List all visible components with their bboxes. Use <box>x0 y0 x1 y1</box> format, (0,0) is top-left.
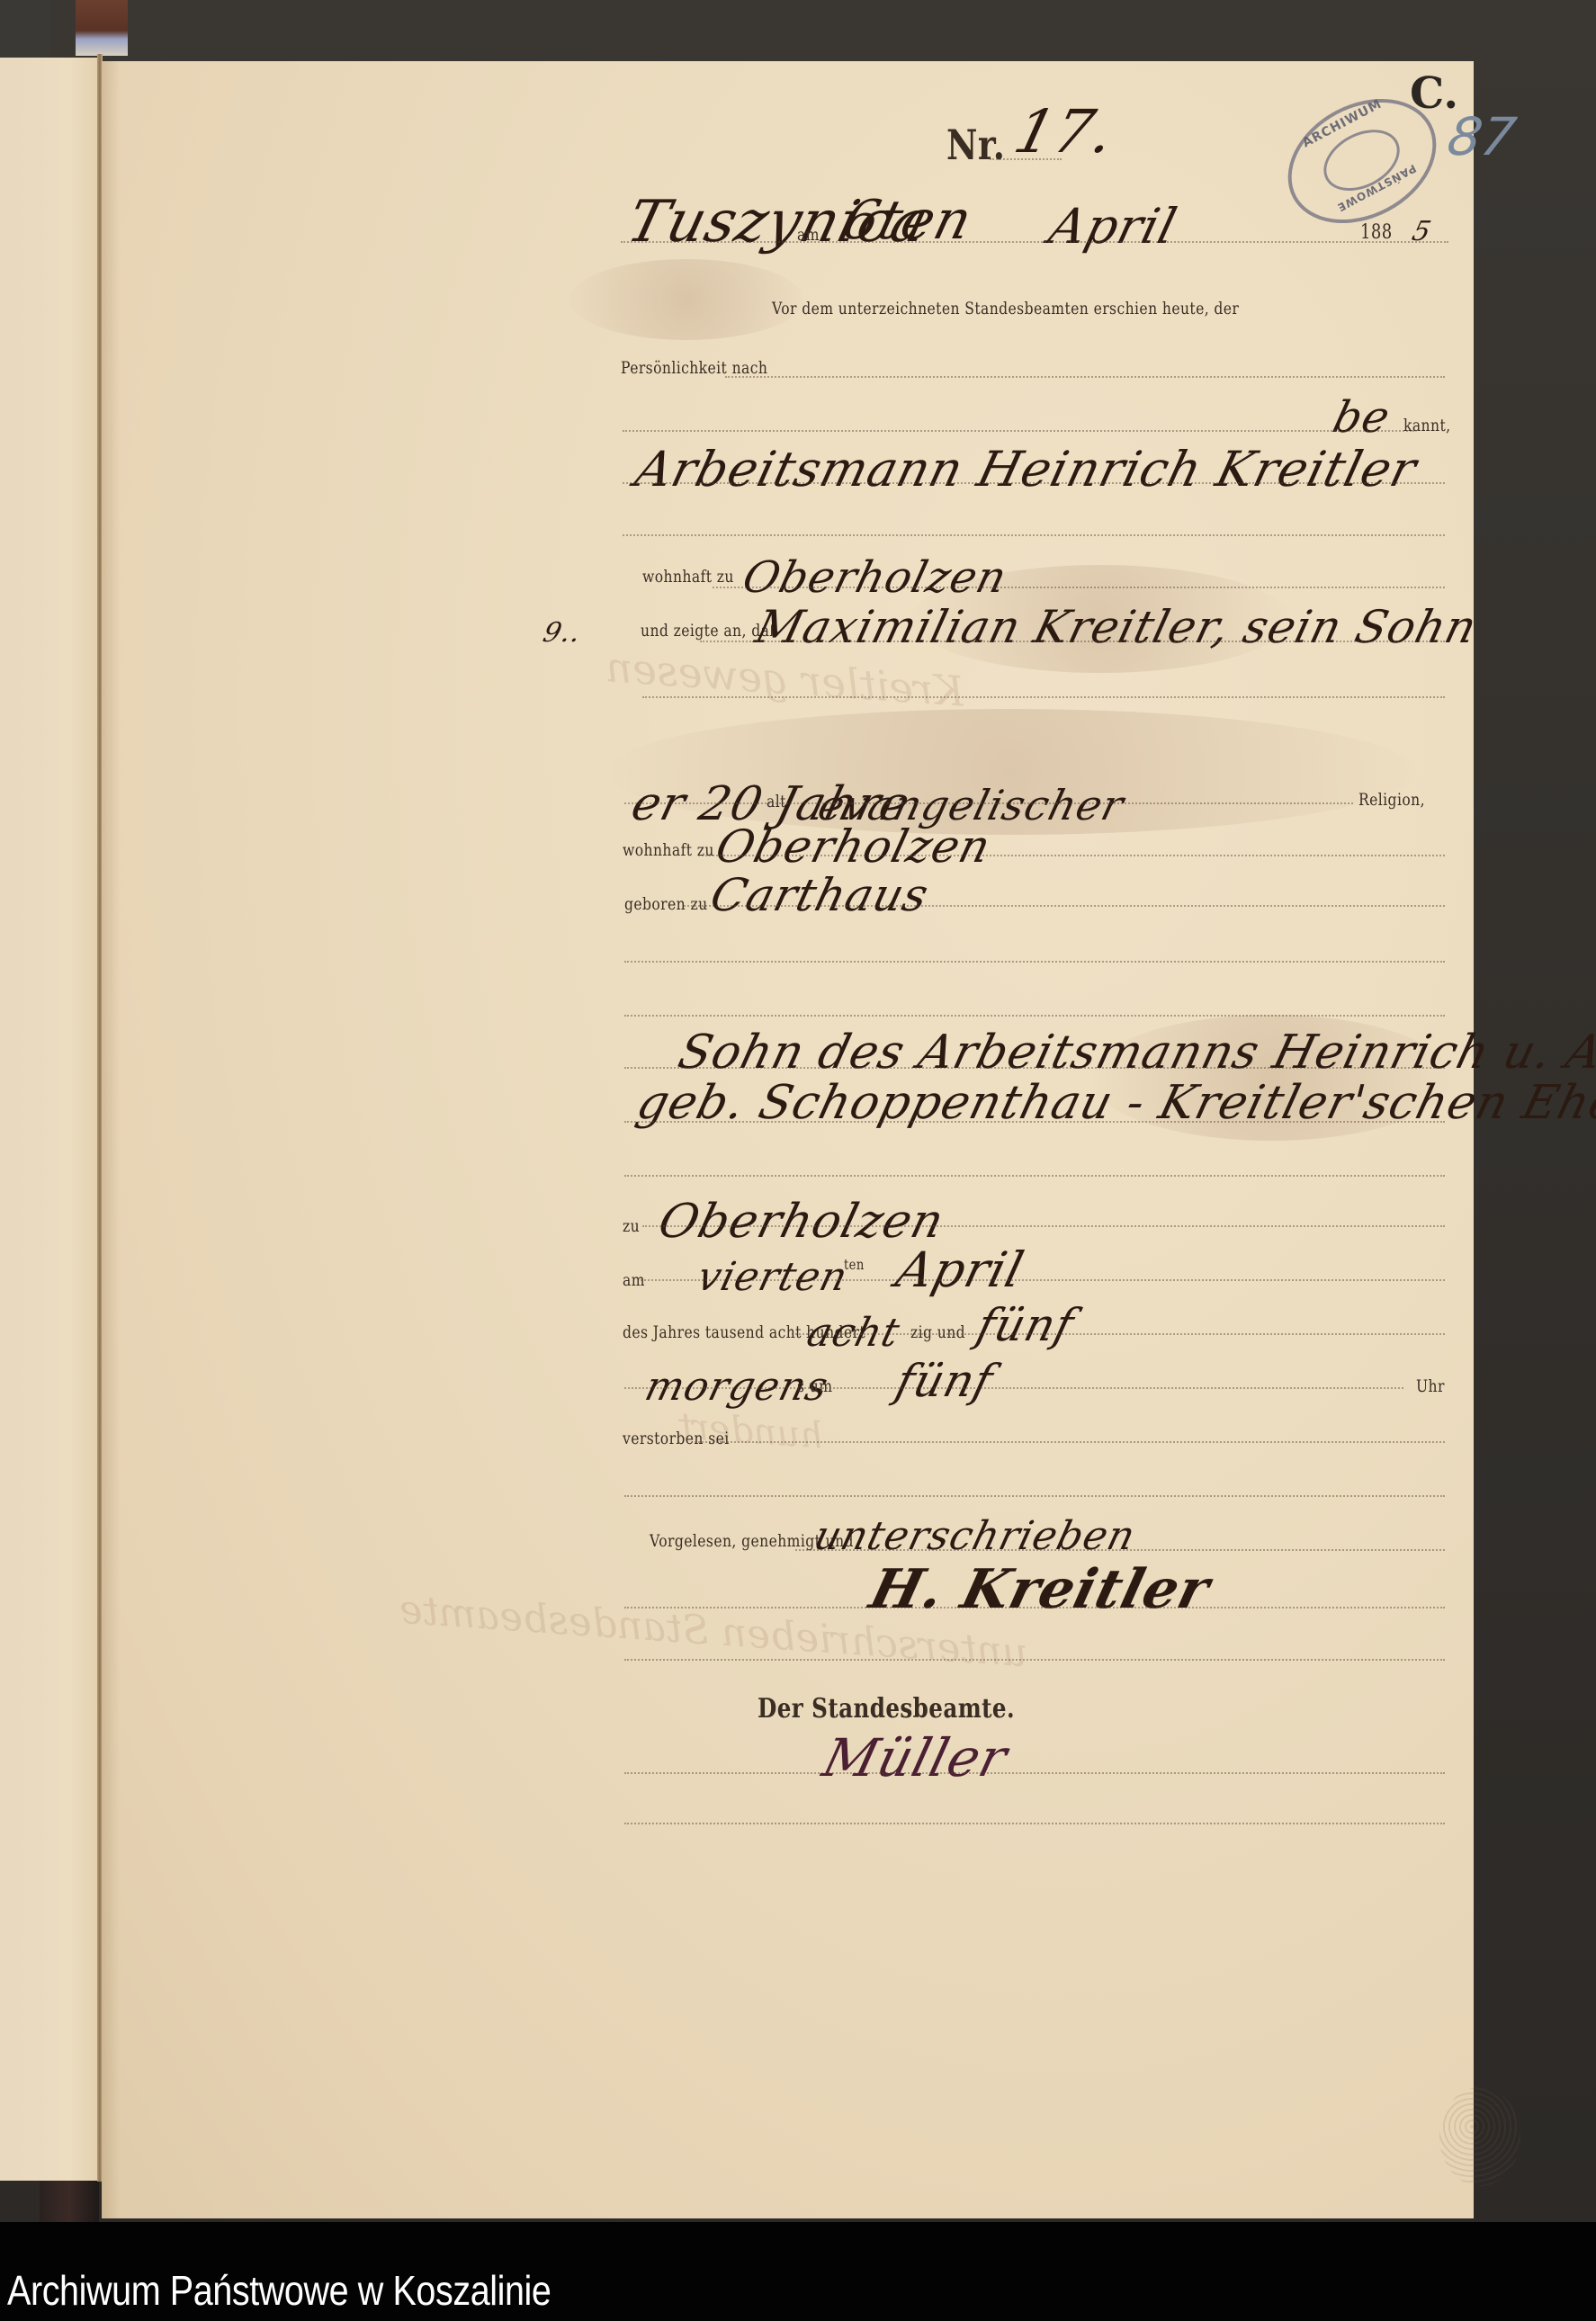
death-place-label: zu <box>623 1216 640 1236</box>
um-label: s um <box>797 1376 832 1396</box>
dotted-line <box>624 1121 1445 1123</box>
dotted-line <box>713 587 1445 588</box>
record-number: 17. <box>1008 97 1122 166</box>
ink-stain <box>569 259 803 340</box>
residence-value: Oberholzen <box>738 552 1012 603</box>
year-units-value: fünf <box>972 1299 1080 1351</box>
dotted-line <box>624 1659 1445 1661</box>
dotted-line <box>624 1015 1445 1017</box>
dotted-line <box>642 1225 1445 1227</box>
dotted-line <box>695 1441 1445 1443</box>
informant-signature: H. Kreitler <box>864 1558 1216 1621</box>
dotted-line <box>698 855 1445 856</box>
intro-line: Vor dem unterzeichneten Standesbeamten e… <box>772 299 1239 318</box>
dotted-line <box>624 1067 1445 1069</box>
birthplace-value: Carthaus <box>705 869 934 921</box>
religion-label: Religion, <box>1358 790 1425 810</box>
margin-note: 9.. <box>540 617 585 649</box>
registrar-signature: Müller <box>817 1727 1014 1788</box>
deceased-name: Maximilian Kreitler, sein Sohn <box>750 601 1483 653</box>
known-label: kannt, <box>1403 416 1450 435</box>
death-month-value: April <box>891 1241 1030 1298</box>
signed-value: unterschrieben <box>810 1513 1140 1559</box>
dotted-line <box>623 430 1414 432</box>
book-spine <box>0 0 50 63</box>
binding-thread <box>76 0 128 56</box>
birthplace-label: geboren zu <box>624 894 708 914</box>
dotted-line <box>624 1495 1445 1497</box>
dotted-line <box>795 1549 1445 1551</box>
document-page: unterschrieben Standesbeamte Kreitler ge… <box>102 61 1474 2218</box>
dotted-line <box>684 905 1445 907</box>
dotted-line <box>725 376 1445 378</box>
uhr-label: Uhr <box>1416 1376 1445 1396</box>
informant-name: Arbeitsmann Heinrich Kreitler <box>630 441 1422 497</box>
dotted-line <box>624 1823 1445 1824</box>
dotted-line <box>792 1333 1445 1335</box>
dotted-line <box>624 1175 1445 1177</box>
dotted-line <box>624 961 1445 963</box>
death-place-value: Oberholzen <box>653 1195 950 1249</box>
dotted-line <box>623 534 1445 536</box>
gutter-shadow <box>102 61 120 2218</box>
residence-label: wohnhaft zu <box>642 567 734 587</box>
book-spine-bottom <box>40 2180 99 2222</box>
died-label: verstorben sei <box>623 1429 730 1448</box>
previous-page-edge <box>0 58 101 2181</box>
dotted-line <box>624 1772 1445 1774</box>
fingerprint-smudge <box>1439 2087 1520 2186</box>
identity-label: Persönlichkeit nach <box>621 358 767 378</box>
dotted-line <box>642 696 1445 698</box>
bleed-through-text: Kreitler gewesen <box>605 642 966 716</box>
zig-und-label: zig und <box>910 1322 965 1342</box>
date-month: April <box>1044 198 1183 255</box>
dotted-line <box>624 1607 1445 1609</box>
dotted-line <box>990 158 1062 160</box>
ten-label: ten <box>844 1256 865 1273</box>
hour-value: fünf <box>891 1355 999 1407</box>
death-day-value: vierten <box>693 1254 853 1300</box>
dotted-line <box>641 1279 1445 1281</box>
archive-label: Archiwum Państwowe w Koszalinie <box>7 2266 551 2315</box>
dotted-line <box>624 1387 1403 1389</box>
dotted-line <box>624 802 1353 804</box>
dotted-line <box>621 241 1448 243</box>
parents-line-1: Sohn des Arbeitsmanns Heinrich u. Adelin… <box>673 1026 1596 1080</box>
dotted-line <box>700 641 1445 642</box>
registrar-label: Der Standesbeamte. <box>758 1693 1015 1725</box>
deceased-residence-label: wohnhaft zu <box>623 840 714 860</box>
number-label: Nr. <box>946 121 1005 169</box>
deceased-residence-value: Oberholzen <box>711 820 996 873</box>
dotted-line <box>623 482 1445 484</box>
pencil-page-number: 87 <box>1443 106 1520 167</box>
age-label: alt <box>767 792 786 811</box>
